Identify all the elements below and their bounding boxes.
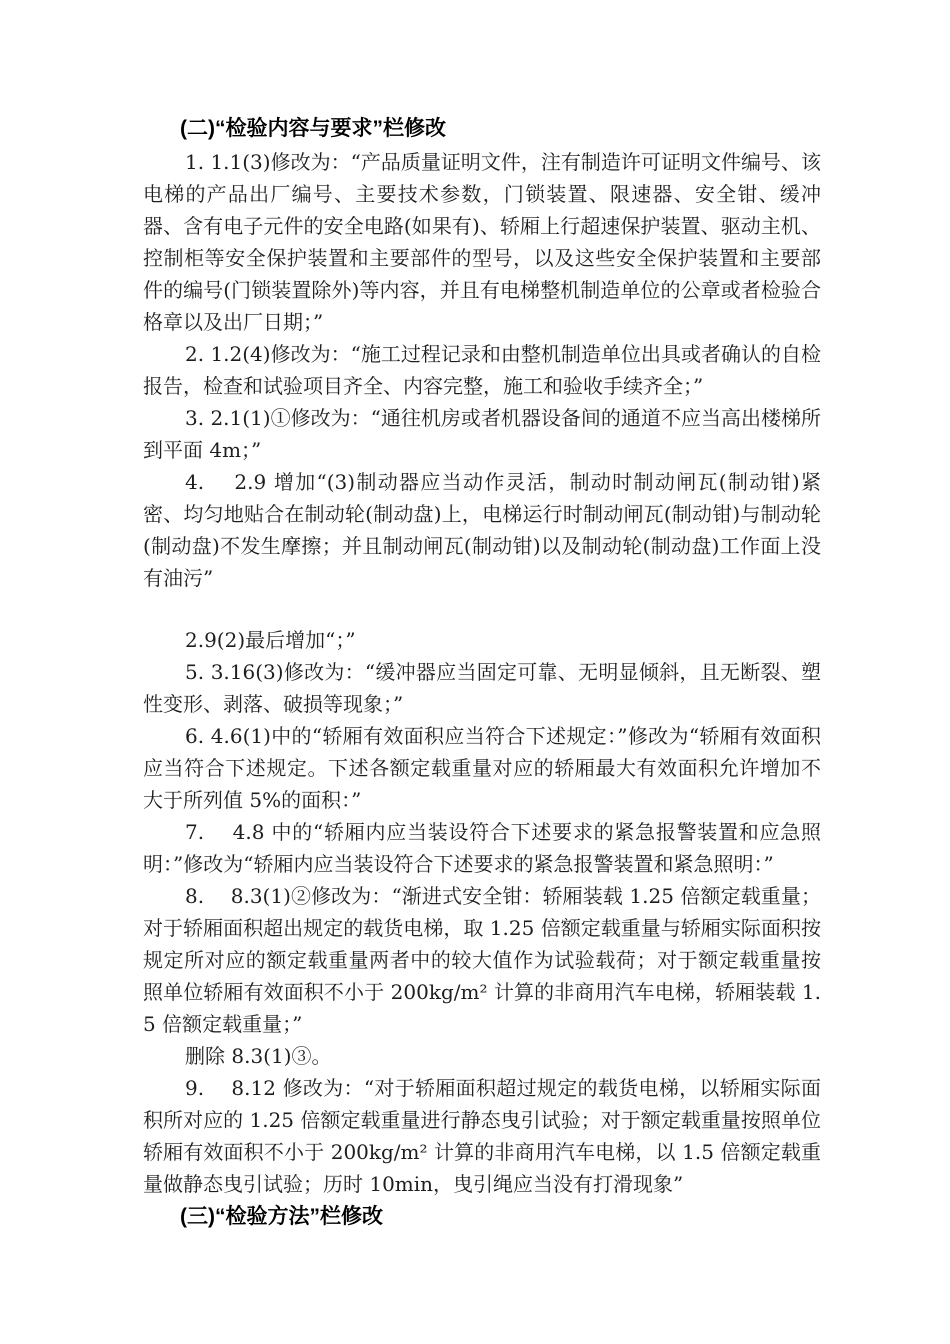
item-7-emergency-alarm-lighting: 7. 4.8 中的“轿厢内应当装设符合下述要求的紧急报警装置和应急照明：”修改为… [143,816,821,880]
document-page: (二)“检验内容与要求”栏修改 1. 1.1(3)修改为：“产品质量证明文件，注… [143,112,821,1234]
section-heading-inspection-method: (三)“检验方法”栏修改 [143,1200,821,1234]
note-delete-8-3-1-3: 删除 8.3(1)③。 [143,1040,821,1072]
item-9-static-traction-test: 9. 8.12 修改为：“对于轿厢面积超过规定的载货电梯，以轿厢实际面积所对应的… [143,1072,821,1200]
section-heading-inspection-content: (二)“检验内容与要求”栏修改 [143,112,821,146]
item-1-product-quality-docs: 1. 1.1(3)修改为：“产品质量证明文件，注有制造许可证明文件编号、该电梯的… [143,146,821,338]
note-2-9-2-addition: 2.9(2)最后增加“；” [143,624,821,656]
item-3-machine-room-access: 3. 2.1(1)①修改为：“通往机房或者机器设备间的通道不应当高出楼梯所到平面… [143,402,821,466]
item-8-progressive-safety-gear: 8. 8.3(1)②修改为：“渐进式安全钳：轿厢装载 1.25 倍额定载重量；对… [143,880,821,1040]
item-5-buffer-fixing: 5. 3.16(3)修改为：“缓冲器应当固定可靠、无明显倾斜，且无断裂、塑性变形… [143,656,821,720]
item-2-construction-records: 2. 1.2(4)修改为：“施工过程记录和由整机制造单位出具或者确认的自检报告，… [143,338,821,402]
item-6-car-effective-area: 6. 4.6(1)中的“轿厢有效面积应当符合下述规定：”修改为“轿厢有效面积应当… [143,720,821,816]
item-4-brake-requirements: 4. 2.9 增加“(3)制动器应当动作灵活，制动时制动闸瓦(制动钳)紧密、均匀… [143,466,821,594]
